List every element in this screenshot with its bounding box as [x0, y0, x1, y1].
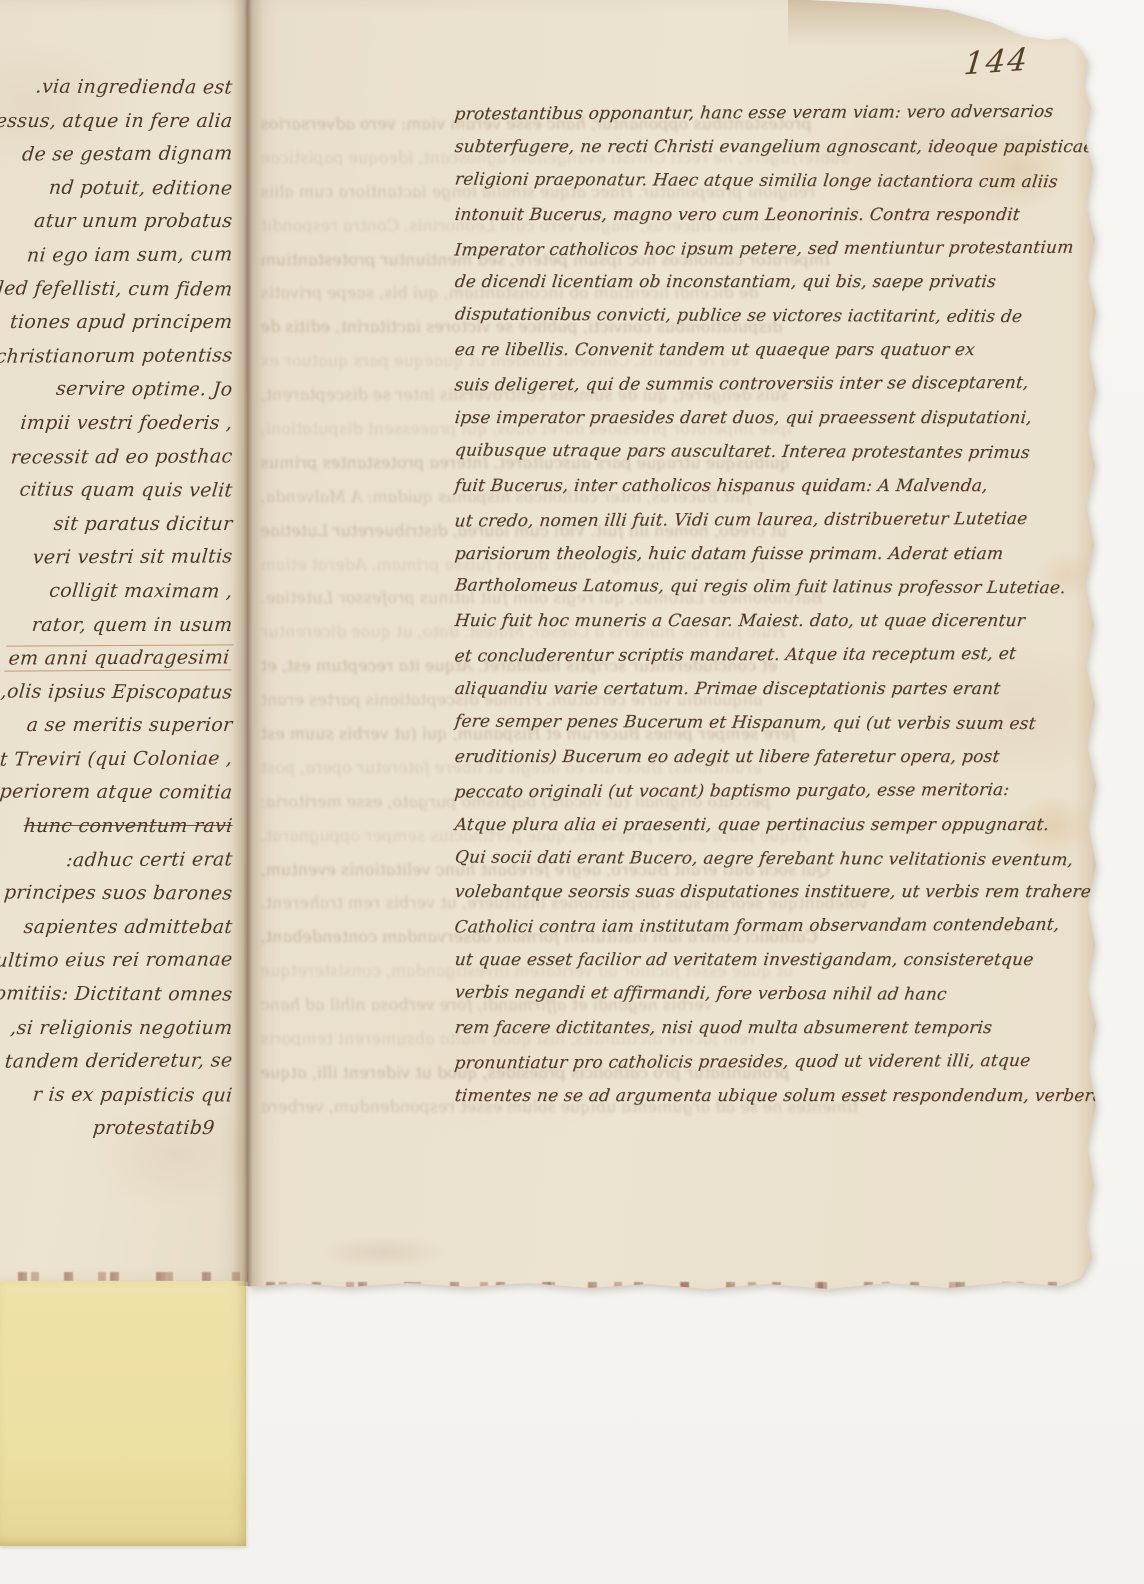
- manuscript-line: em anni quadragesimi: [0, 646, 233, 681]
- right-page-wrap: protestantibus opponantur, hanc esse ver…: [248, 0, 1104, 1294]
- manuscript-line: nd potuit, editione: [0, 176, 233, 211]
- manuscript-line: intonuit Bucerus, magno vero cum Leonori…: [452, 205, 1104, 239]
- manuscript-line: sapientes admittebat: [0, 916, 233, 950]
- manuscript-line: ni ego iam sum, cum: [0, 243, 233, 278]
- manuscript-line: aliquandiu varie certatum. Primae discep…: [452, 679, 1104, 713]
- manuscript-line: ultimo eius rei romanae,: [0, 949, 233, 984]
- right-page-text-block: protestantibus opponantur, hanc esse ver…: [454, 103, 1104, 1120]
- stain: [318, 1235, 448, 1269]
- manuscript-line: suis deligeret, qui de summis controvers…: [452, 373, 1104, 410]
- manuscript-line: subterfugere, ne recti Christi evangeliu…: [452, 137, 1104, 171]
- manuscript-line: Bartholomeus Latomus, qui regis olim fui…: [452, 576, 1104, 613]
- manuscript-line: ad christianorum potentiss.: [0, 344, 233, 379]
- right-page: protestantibus opponantur, hanc esse ver…: [248, 0, 1104, 1292]
- left-page-bottom-deckle-edge: [0, 1272, 249, 1281]
- manuscript-line: hunc conventum ravi: [0, 815, 233, 849]
- left-page: via ingredienda est.Hessus, atque in fer…: [0, 0, 249, 1282]
- manuscript-line: ut quae esset facilior ad veritatem inve…: [452, 950, 1104, 984]
- manuscript-line: atur unum probatus: [0, 210, 233, 244]
- manuscript-line: si religionis negotium,: [0, 1017, 233, 1051]
- folio-number: 144: [962, 42, 1031, 83]
- right-page-top-edge-shade: [788, 0, 1104, 48]
- manuscript-line: via ingredienda est.: [0, 75, 233, 110]
- manuscript-line: recessit ad eo posthac: [0, 445, 233, 480]
- manuscript-line: protestatib9: [0, 1117, 234, 1155]
- manuscript-line: Catholici contra iam institutam formam o…: [452, 915, 1104, 952]
- manuscript-line: Hessus, atque in fere alia: [0, 110, 233, 144]
- manuscript-line: protestantibus opponantur, hanc esse ver…: [452, 102, 1104, 139]
- manuscript-line: tandem derideretur, se: [0, 1050, 233, 1085]
- manuscript-line: fere semper penes Bucerum et Hispanum, q…: [452, 712, 1104, 749]
- manuscript-line: eruditionis) Bucerum eo adegit ut libere…: [452, 747, 1104, 781]
- manuscript-line: comitiis: Dictitant omnes: [0, 983, 233, 1018]
- manuscript-line: adhuc certi erat:: [0, 848, 233, 883]
- manuscript-line: parisiorum theologis, huic datam fuisse …: [452, 544, 1104, 578]
- manuscript-line: rem facere dictitantes, nisi quod multa …: [452, 1018, 1104, 1052]
- manuscript-line: servire optime. Jo: [0, 378, 233, 413]
- manuscript-line: et concluderentur scriptis mandaret. Atq…: [452, 644, 1104, 681]
- manuscript-line: olis ipsius Episcopatus,: [0, 680, 233, 715]
- manuscript-line: a se meritis superior: [0, 714, 233, 748]
- manuscript-line: religioni praeponatur. Haec atque simili…: [452, 169, 1104, 206]
- manuscript-line: veri vestri sit multis: [0, 546, 233, 581]
- manuscript-line: de dicendi licentiam ob inconstantiam, q…: [452, 272, 1104, 306]
- manuscript-line: Atque plura alia ei praesenti, quae pert…: [452, 815, 1104, 849]
- manuscript-line: pronuntiatur pro catholicis praesides, q…: [452, 1050, 1104, 1087]
- manuscript-line: tiones apud principem: [0, 311, 233, 345]
- left-page-text-block: via ingredienda est.Hessus, atque in fer…: [0, 76, 232, 1155]
- manuscript-line: ded fefellisti, cum fidem: [0, 277, 233, 312]
- manuscript-line: Imperator catholicos hoc ipsum petere, s…: [452, 237, 1104, 274]
- manuscript-line: ut credo, nomen illi fuit. Vidi cum laur…: [452, 508, 1104, 545]
- manuscript-line: sit paratus dicitur: [0, 513, 233, 547]
- manuscript-line: citius quam quis velit: [0, 479, 233, 514]
- manuscript-line: r is ex papisticis qui: [0, 1083, 233, 1118]
- manuscript-line: ea re libellis. Convenit tandem ut quaeq…: [452, 340, 1104, 374]
- manuscript-line: superiorem atque comitia: [0, 781, 233, 816]
- manuscript-line: fuit Bucerus, inter catholicos hispanus …: [452, 476, 1104, 510]
- gutter-crease: [233, 0, 263, 1286]
- manuscript-line: , impii vestri foederis: [0, 412, 233, 446]
- yellow-insert-sheet: [0, 1281, 246, 1546]
- manuscript-line: disputationibus convicti, publice se vic…: [452, 305, 1104, 342]
- right-page-bottom-deckle-edge: [248, 1282, 1104, 1291]
- manuscript-line: de se gestam dignam: [0, 143, 233, 178]
- manuscript-line: , et Treviri (qui Coloniae: [0, 747, 233, 782]
- manuscript-line: quibusque utraque pars auscultaret. Inte…: [452, 440, 1104, 477]
- manuscript-line: principes suos barones: [0, 882, 233, 917]
- manuscript-line: Huic fuit hoc muneris a Caesar. Maiest. …: [452, 611, 1104, 645]
- manuscript-line: Qui socii dati erant Bucero, aegre fereb…: [452, 847, 1104, 884]
- manuscript-line: , colligit maximam: [0, 579, 233, 614]
- manuscript-line: verbis negandi et affirmandi, fore verbo…: [452, 983, 1104, 1020]
- manuscript-line: volebantque seorsis suas disputationes i…: [452, 882, 1104, 916]
- manuscript-line: peccato originali (ut vocant) baptismo p…: [452, 779, 1104, 816]
- manuscript-line: rator, quem in usum: [0, 614, 233, 648]
- manuscript-line: ipse imperator praesides daret duos, qui…: [452, 408, 1104, 442]
- manuscript-line: timentes ne se ad argumenta ubique solum…: [452, 1086, 1104, 1120]
